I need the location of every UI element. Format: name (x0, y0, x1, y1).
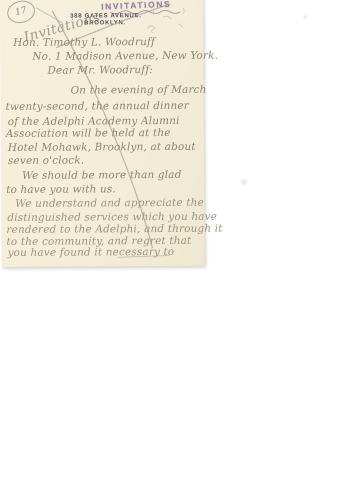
scanned-letter-page: INVITATIONS 388 GATES AVENUE. BROOKLYN. … (0, 0, 363, 500)
salutation-line: Dear Mr. Woodruff: (47, 64, 153, 77)
letter-body-line: twenty-second, the annual dinner (6, 100, 189, 113)
letter-body-line: On the evening of March (71, 84, 207, 97)
letter-body-line: to have you with us. (6, 183, 116, 196)
letter-paper-sheet: INVITATIONS 388 GATES AVENUE. BROOKLYN. … (0, 0, 205, 267)
recipient-address-line: No. 1 Madison Avenue, New York. (32, 50, 218, 63)
letter-body-line: seven o'clock. (8, 154, 84, 166)
scan-artifact-smudge (239, 178, 249, 186)
letter-body-line: We understand and appreciate the (15, 197, 204, 210)
scan-artifact-smudge (301, 14, 309, 20)
letter-body-line: of the Adelphi Academy Alumni (8, 115, 180, 128)
letter-body-line: Association will be held at the (6, 127, 171, 140)
letter-body-line: you have found it necessary to (8, 246, 175, 259)
letter-body-line: We should be more than glad (22, 169, 182, 182)
recipient-name-line: Hon. Timothy L. Woodruff (13, 36, 155, 49)
circled-pencil-number: 17 (5, 0, 38, 26)
letter-body-line: Hotel Mohawk, Brooklyn, at about (8, 141, 196, 154)
